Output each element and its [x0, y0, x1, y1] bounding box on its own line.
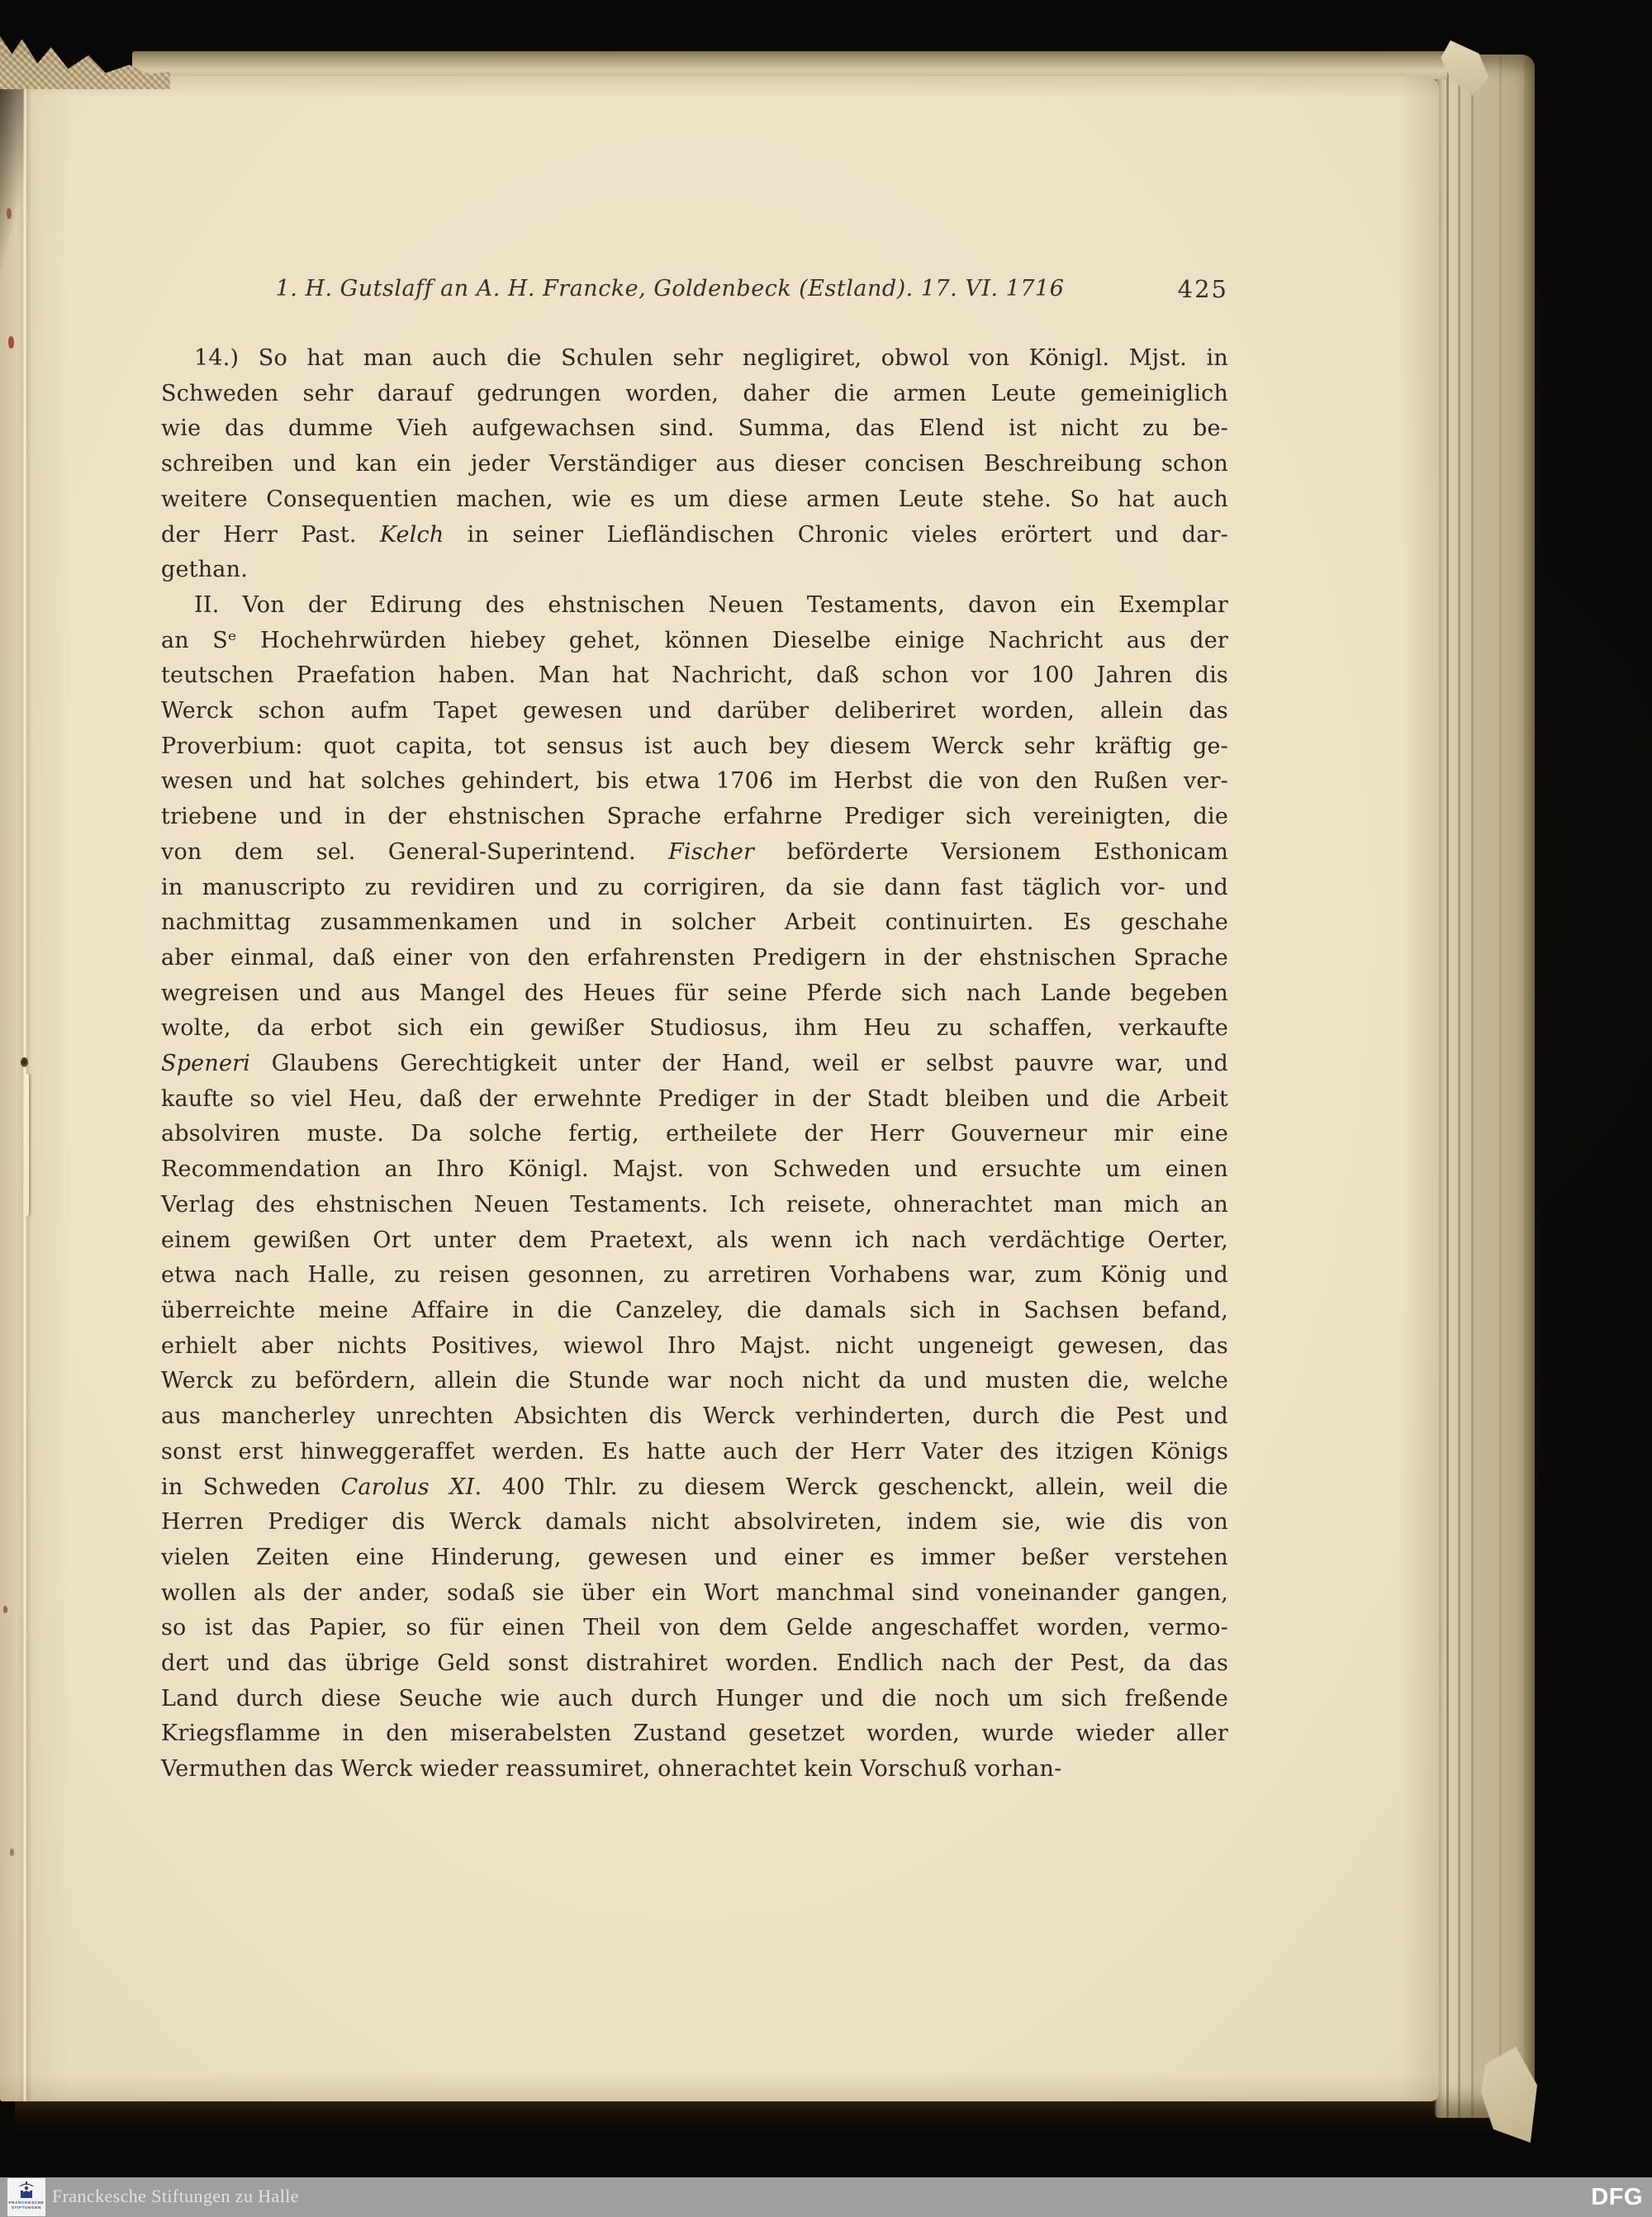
letter-text: 14.) So hat man auch die Schulen sehr ne… [161, 341, 1228, 1787]
viewer-status-bar: FRANCKESCHE STIFTUNGEN Franckesche Stift… [0, 2177, 1652, 2217]
text-line: Speneri Glaubens Gerechtigkeit unter der… [161, 1047, 1228, 1082]
text-line: der Herr Past. Kelch in seiner Liefländi… [161, 518, 1228, 553]
text-line: dert und das übrige Geld sonst distrahir… [161, 1646, 1228, 1682]
institution-emblem-icon [17, 2181, 36, 2199]
institution-logo-caption: FRANCKESCHE STIFTUNGEN [9, 2200, 45, 2210]
binding-stitch-hole [21, 1057, 28, 1067]
paper-speck [10, 1849, 14, 1856]
page-top-edge [132, 51, 1447, 79]
paragraph: 14.) So hat man auch die Schulen sehr ne… [161, 341, 1228, 588]
text-line: von dem sel. General-Superintend. Fische… [161, 835, 1228, 871]
text-line: wolte, da erbot sich ein gewißer Studios… [161, 1011, 1228, 1047]
letter-citation: 1. H. Gutslaff an A. H. Francke, Goldenb… [161, 276, 1179, 301]
paper-speck [3, 1606, 7, 1613]
institution-name: Franckesche Stiftungen zu Halle [52, 2177, 299, 2217]
text-line: aber einmal, daß einer von den erfahrens… [161, 941, 1228, 976]
text-line: triebene und in der ehstnischen Sprache … [161, 800, 1228, 835]
text-line: einem gewißen Ort unter dem Praetext, al… [161, 1223, 1228, 1259]
gutter-corner-shadow [0, 76, 25, 274]
text-line: schreiben und kan ein jeder Verständiger… [161, 447, 1228, 482]
text-line: Herren Prediger dis Werck damals nicht a… [161, 1505, 1228, 1541]
text-line: vielen Zeiten eine Hinderung, gewesen un… [161, 1541, 1228, 1576]
text-line: II. Von der Edirung des ehstnischen Neue… [161, 588, 1228, 624]
text-line: Werck zu befördern, allein die Stunde wa… [161, 1364, 1228, 1399]
text-line: Werck schon aufm Tapet gewesen und darüb… [161, 694, 1228, 729]
text-line: sonst erst hinweggeraffet werden. Es hat… [161, 1435, 1228, 1470]
text-line: so ist das Papier, so für einen Theil vo… [161, 1611, 1228, 1646]
paper-speck [7, 208, 12, 219]
text-line: nachmittag zusammenkamen und in solcher … [161, 905, 1228, 941]
text-line: wie das dumme Vieh aufgewachsen sind. Su… [161, 411, 1228, 447]
text-line: wesen und hat solches gehindert, bis etw… [161, 764, 1228, 800]
text-line: 14.) So hat man auch die Schulen sehr ne… [161, 341, 1228, 377]
text-line: Vermuthen das Werck wieder reassumiret, … [161, 1752, 1228, 1787]
text-line: Recommendation an Ihro Königl. Majst. vo… [161, 1152, 1228, 1188]
text-line: Kriegsflamme in den miserabelsten Zustan… [161, 1716, 1228, 1752]
text-line: aus mancherley unrechten Absichten dis W… [161, 1399, 1228, 1435]
running-head: 1. H. Gutslaff an A. H. Francke, Goldenb… [161, 276, 1228, 312]
text-line: weitere Consequentien machen, wie es um … [161, 482, 1228, 518]
text-line: Proverbium: quot capita, tot sensus ist … [161, 729, 1228, 765]
page-bottom-shadow [15, 2098, 1531, 2136]
franckesche-stiftungen-logo: FRANCKESCHE STIFTUNGEN [7, 2178, 45, 2216]
text-line: in manuscripto zu revidiren und zu corri… [161, 871, 1228, 906]
page-number: 425 [1178, 275, 1228, 303]
text-line: Schweden sehr darauf gedrungen worden, d… [161, 377, 1228, 412]
page-stack-edge [1435, 55, 1535, 2118]
text-line: teutschen Praefation haben. Man hat Nach… [161, 658, 1228, 694]
text-line: Land durch diese Seuche wie auch durch H… [161, 1682, 1228, 1717]
text-line: wollen als der ander, sodaß sie über ein… [161, 1576, 1228, 1612]
text-line: an Sᵉ Hochehrwürden hiebey gehet, können… [161, 624, 1228, 659]
paragraph: II. Von der Edirung des ehstnischen Neue… [161, 588, 1228, 1787]
text-line: wegreisen und aus Mangel des Heues für s… [161, 976, 1228, 1012]
text-line: Verlag des ehstnischen Neuen Testaments.… [161, 1188, 1228, 1223]
text-line: erhielt aber nichts Positives, wiewol Ih… [161, 1329, 1228, 1365]
dfg-logo: DFG [1591, 2177, 1643, 2217]
text-line: etwa nach Halle, zu reisen gesonnen, zu … [161, 1258, 1228, 1294]
text-line: absolviren muste. Da solche fertig, erth… [161, 1117, 1228, 1152]
text-line: kaufte so viel Heu, daß der erwehnte Pre… [161, 1082, 1228, 1118]
text-line: gethan. [161, 553, 1228, 588]
binding-stitch [25, 1074, 29, 1216]
book-scan-photo: 1. H. Gutslaff an A. H. Francke, Goldenb… [0, 0, 1652, 2217]
text-line: in Schweden Carolus XI. 400 Thlr. zu die… [161, 1470, 1228, 1506]
paper-speck [8, 336, 14, 349]
text-line: überreichte meine Affaire in die Canzele… [161, 1294, 1228, 1329]
